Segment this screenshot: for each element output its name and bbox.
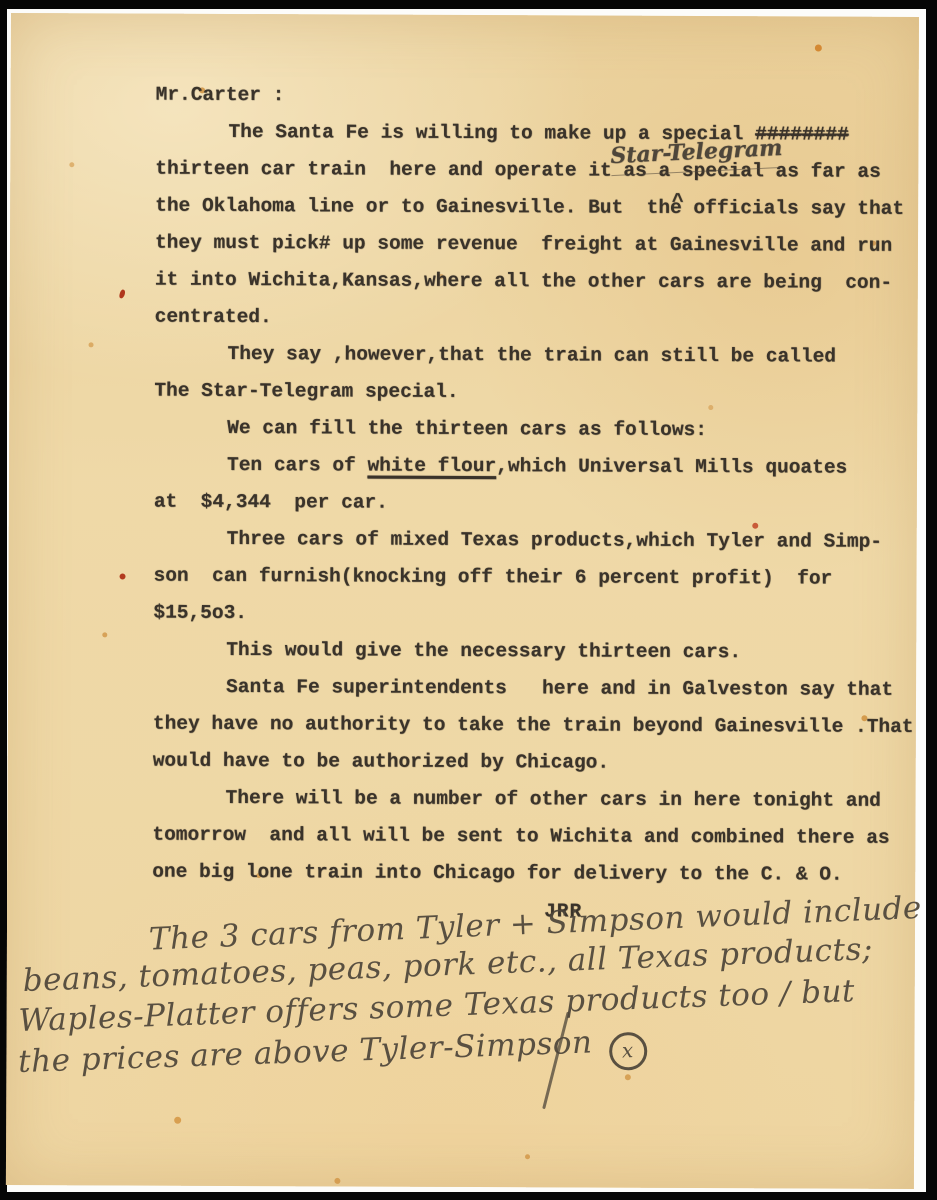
- red-margin-dot: [120, 573, 126, 579]
- typed-line: The Santa Fe is willing to make up a spe…: [155, 114, 900, 154]
- paragraph-7: Santa Fe superintendents here and in Gal…: [153, 669, 898, 783]
- typed-line: Three cars of mixed Texas products,which…: [154, 521, 899, 561]
- caret-mark: ^: [672, 184, 684, 221]
- red-margin-mark: [119, 289, 126, 299]
- typed-line: son can furnish(knocking off their 6 per…: [153, 558, 898, 598]
- paragraph-5: Three cars of mixed Texas products,which…: [153, 521, 898, 635]
- salutation: Mr.Carter :: [156, 77, 901, 117]
- typed-line: They say ,however,that the train can sti…: [154, 336, 899, 376]
- typed-line: would have to be authorized by Chicago.: [153, 743, 898, 783]
- underlined-text: white flour: [367, 455, 496, 478]
- typed-line: it into Wichita,Kansas,where all the oth…: [155, 262, 900, 302]
- letter-paper: Mr.Carter : The Santa Fe is willing to m…: [6, 13, 919, 1189]
- typed-line: Ten cars of white flour,which Universal …: [154, 447, 899, 487]
- paragraph-4: Ten cars of white flour,which Universal …: [154, 447, 899, 524]
- typed-line: thirteen car train here and operate it a…: [155, 151, 900, 191]
- paper-speckles: [11, 13, 14, 16]
- typed-letter-body: Mr.Carter : The Santa Fe is willing to m…: [152, 77, 901, 930]
- paragraph-3: We can fill the thirteen cars as follows…: [154, 410, 899, 450]
- line-text: ,which Universal Mills quoates: [496, 455, 847, 479]
- typed-line: they must pick# up some revenue freight …: [155, 225, 900, 265]
- typed-line: This would give the necessary thirteen c…: [153, 632, 898, 672]
- paragraph-1: The Santa Fe is willing to make up a spe…: [155, 114, 901, 339]
- paragraph-8: There will be a number of other cars in …: [152, 780, 897, 894]
- typed-line: tomorrow and all will be sent to Wichita…: [152, 817, 897, 857]
- typed-line: centrated.: [155, 299, 900, 339]
- typed-line: We can fill the thirteen cars as follows…: [154, 410, 899, 450]
- line-text: thirteen car train here and operate it a…: [155, 158, 682, 182]
- typed-line: $15,5o3.: [153, 595, 898, 635]
- typed-line: at $4,344 per car.: [154, 484, 899, 524]
- paragraph-2: They say ,however,that the train can sti…: [154, 336, 899, 413]
- paragraph-6: This would give the necessary thirteen c…: [153, 632, 898, 672]
- typed-line: one big lone train into Chicago for deli…: [152, 854, 897, 894]
- circled-x-mark: x: [608, 1032, 647, 1071]
- typed-line: There will be a number of other cars in …: [152, 780, 897, 820]
- typed-line: the Oklahoma line or to Gainesville. But…: [155, 188, 900, 228]
- typed-line: they have no authority to take the train…: [153, 706, 898, 746]
- photo-mat: Mr.Carter : The Santa Fe is willing to m…: [7, 9, 926, 1192]
- typed-line: Santa Fe superintendents here and in Gal…: [153, 669, 898, 709]
- typed-line: The Star-Telegram special.: [154, 373, 899, 413]
- line-text: Ten cars of: [227, 454, 368, 477]
